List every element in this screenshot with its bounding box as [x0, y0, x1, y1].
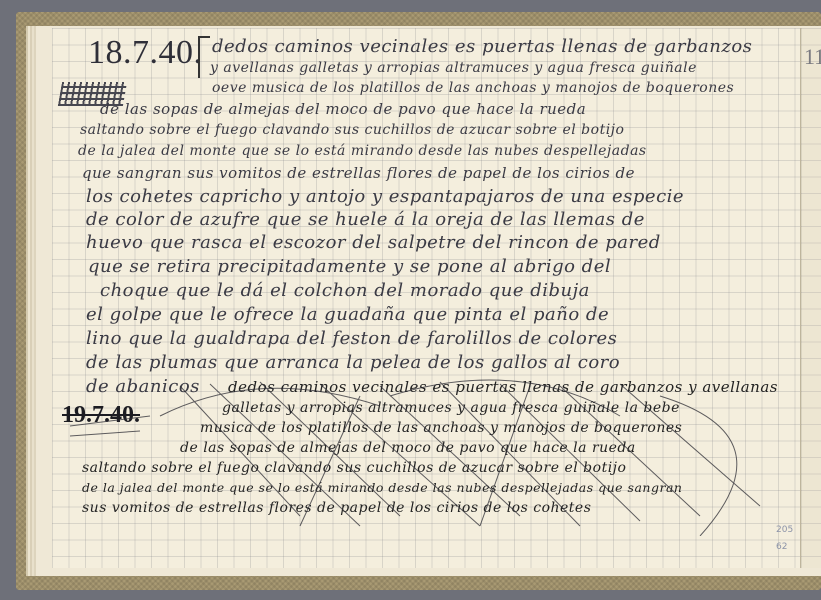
text-line: de abanicos — [86, 376, 200, 397]
struck-line: saltando sobre el fuego clavando sus cuc… — [82, 460, 626, 476]
text-line: de las sopas de almejas del moco de pavo… — [100, 100, 586, 118]
text-line: de la jalea del monte que se lo está mir… — [78, 143, 647, 159]
struck-line: galletas y arropias altramuces y agua fr… — [222, 400, 680, 416]
text-line: el golpe que le ofrece la guadaña que pi… — [86, 304, 609, 325]
bracket-mark — [198, 36, 210, 78]
text-line: lino que la gualdrapa del feston de faro… — [86, 328, 617, 349]
struck-line: de la jalea del monte que se lo está mir… — [82, 480, 682, 495]
text-line: y avellanas galletas y arropias altramuc… — [210, 60, 697, 76]
text-line: saltando sobre el fuego clavando sus cuc… — [80, 122, 624, 138]
page-number-top: 205 — [776, 525, 793, 535]
text-line: dedos caminos vecinales es puertas llena… — [212, 36, 752, 57]
entry-date: 18.7.40. — [88, 34, 203, 72]
struck-line: sus vomitos de estrellas flores de papel… — [82, 500, 591, 516]
facing-page — [800, 28, 821, 568]
text-line: choque que le dá el colchon del morado q… — [100, 280, 590, 301]
struck-entry-date: 19.7.40. — [62, 402, 140, 429]
text-line: los cohetes capricho y antojo y espantap… — [86, 186, 684, 207]
text-line: oeve musica de los platillos de las anch… — [212, 80, 734, 96]
margin-note: 11· — [804, 44, 821, 70]
text-line: de las plumas que arranca la pelea de lo… — [86, 352, 620, 373]
struck-line: musica de los platillos de las anchoas y… — [200, 420, 682, 436]
text-line: que sangran sus vomitos de estrellas flo… — [82, 164, 635, 182]
text-line: que se retira precipitadamente y se pone… — [88, 256, 611, 277]
page-fold — [800, 28, 802, 568]
struck-line: de las sopas de almejas del moco de pavo… — [180, 440, 636, 456]
struck-line: dedos caminos vecinales es puertas llena… — [228, 378, 778, 396]
page-number-bottom: 62 — [776, 542, 787, 552]
text-line: huevo que rasca el escozor del salpetre … — [86, 232, 661, 253]
text-line: de color de azufre que se huele á la ore… — [86, 209, 645, 230]
